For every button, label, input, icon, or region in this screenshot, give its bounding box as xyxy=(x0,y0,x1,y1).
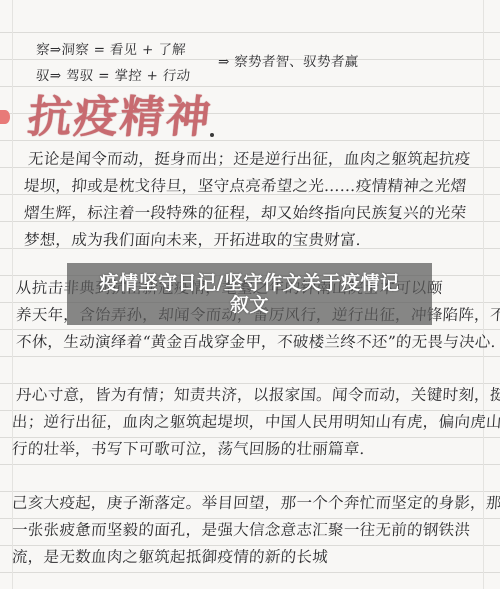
title-overlay[interactable]: 疫情坚守日记/坚守作文关于疫情记 叙文 xyxy=(67,263,432,325)
section-heading: 抗疫精神 xyxy=(25,93,214,143)
paragraph-1-line: 梦想，成为我们面向未来，开拓进取的宝贵财富. xyxy=(23,227,362,254)
heading-marker-icon xyxy=(0,110,10,124)
heading-dot xyxy=(210,133,214,137)
paragraph-4-line: 己亥大疫起，庚子渐落定。举目回望，那一个个奔忙而坚定的身影，那 xyxy=(11,490,500,517)
paragraph-1-line: 堤坝，抑或是枕戈待旦，坚守点亮希望之光……疫情精神之光熠 xyxy=(23,173,467,200)
note-line-conclusion: ⇒ 察势者智、驭势者赢 xyxy=(217,52,359,72)
note-line-observe: 察⇒洞察 = 看见 + 了解 xyxy=(35,40,186,60)
paragraph-1-line: 熠生辉，标注着一段特殊的征程，却又始终指向民族复兴的光荣 xyxy=(23,200,467,227)
article-title-line-2: 叙文 xyxy=(230,294,269,316)
paragraph-4-line: 一张张疲惫而坚毅的面孔，是强大信念意志汇聚一往无前的钢铁洪 xyxy=(11,517,471,544)
paragraph-2-line: 不休，生动演绎着“黄金百战穿金甲，不破楼兰终不还”的无畏与决心. xyxy=(15,329,497,356)
article-title-line-1: 疫情坚守日记/坚守作文关于疫情记 xyxy=(100,272,400,294)
paragraph-3-line: 行的壮举，书写下可歌可泣，荡气回肠的壮丽篇章. xyxy=(11,436,366,463)
paragraph-1-line: 无论是闻令而动，挺身而出；还是逆行出征，血肉之躯筑起抗疫 xyxy=(27,146,471,173)
note-line-control: 驭⇒ 驾驭 = 掌控 + 行动 xyxy=(35,66,191,86)
paragraph-3-line: 丹心寸意，皆为有情；知责共济，以报家国。闻令而动，关键时刻，挺身而 xyxy=(15,382,500,409)
paragraph-4-line: 流，是无数血肉之躯筑起抵御疫情的新的长城 xyxy=(11,544,329,571)
paragraph-3-line: 出；逆行出征，血肉之躯筑起堤坝，中国人民用明知山有虎，偏向虎山 xyxy=(11,409,500,436)
